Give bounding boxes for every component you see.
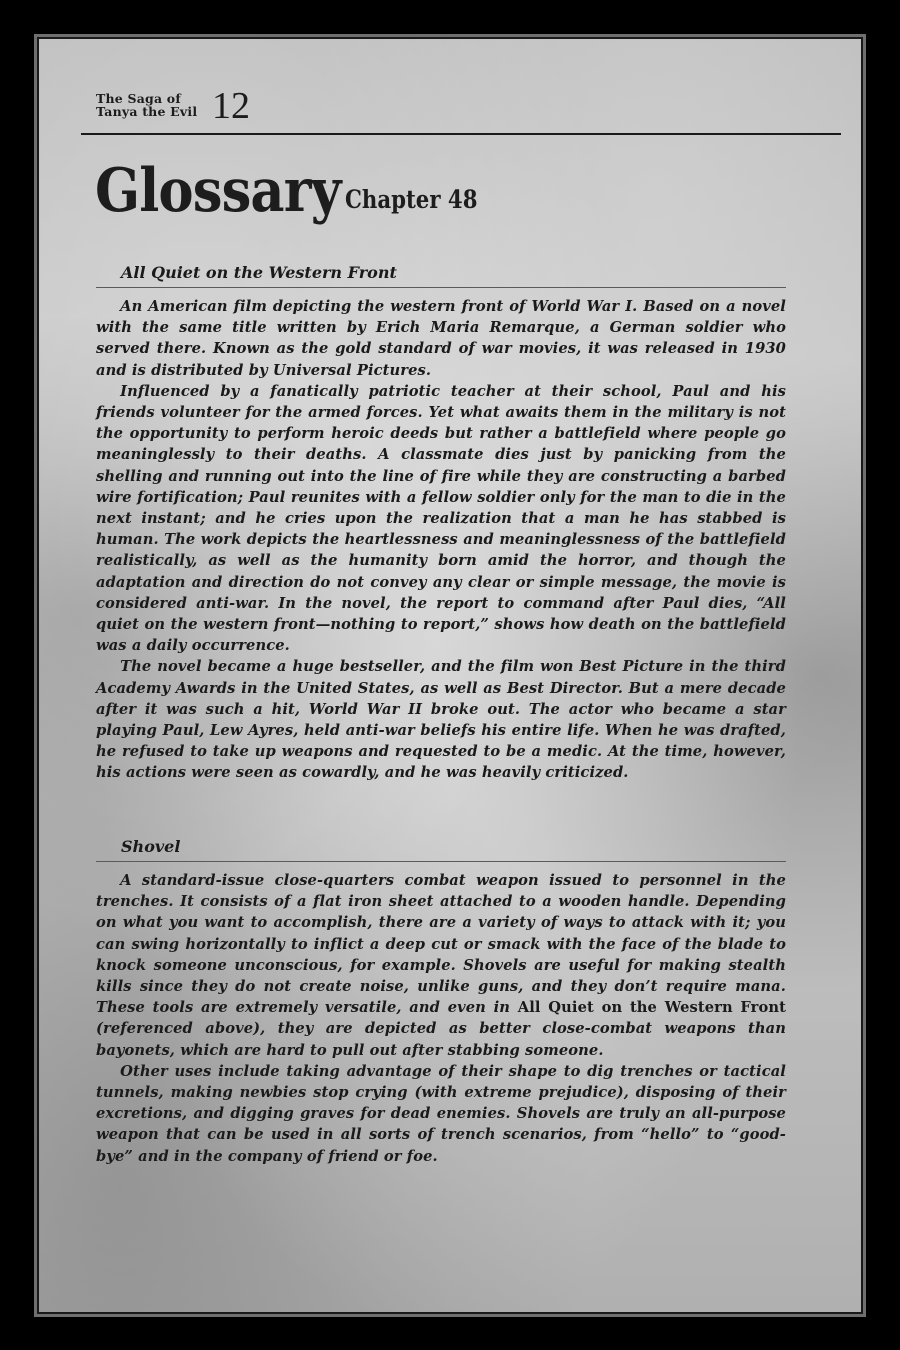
entry-divider bbox=[96, 287, 786, 288]
entry-divider bbox=[96, 861, 786, 862]
series-title: The Saga of Tanya the Evil bbox=[96, 92, 197, 118]
entry-paragraph: Influenced by a fanatically patriotic te… bbox=[96, 381, 786, 657]
page-frame: The Saga of Tanya the Evil 12 Glossary C… bbox=[34, 34, 866, 1317]
volume-number: 12 bbox=[212, 87, 250, 125]
glossary-entry: All Quiet on the Western Front An Americ… bbox=[96, 263, 786, 784]
entry-paragraph: The novel became a huge bestseller, and … bbox=[96, 656, 786, 783]
glossary-page: The Saga of Tanya the Evil 12 Glossary C… bbox=[37, 37, 863, 1314]
entry-term: Shovel bbox=[96, 837, 786, 857]
entry-paragraph: Other uses include taking advantage of t… bbox=[96, 1061, 786, 1167]
entry-paragraph: A standard-issue close-quarters combat w… bbox=[96, 870, 786, 1061]
entry-paragraph: An American film depicting the western f… bbox=[96, 296, 786, 381]
chapter-label: Chapter 48 bbox=[345, 185, 477, 215]
header-divider bbox=[81, 133, 841, 135]
entry-term: All Quiet on the Western Front bbox=[96, 263, 786, 283]
work-title-reference: All Quiet on the Western Front bbox=[518, 998, 786, 1016]
page-title: Glossary bbox=[95, 159, 340, 223]
paragraph-text: A standard-issue close-quarters combat w… bbox=[96, 871, 786, 1016]
glossary-entry: Shovel A standard-issue close-quarters c… bbox=[96, 837, 786, 1167]
paragraph-text: (referenced above), they are depicted as… bbox=[96, 1019, 786, 1058]
series-title-line-2: Tanya the Evil bbox=[96, 105, 197, 118]
